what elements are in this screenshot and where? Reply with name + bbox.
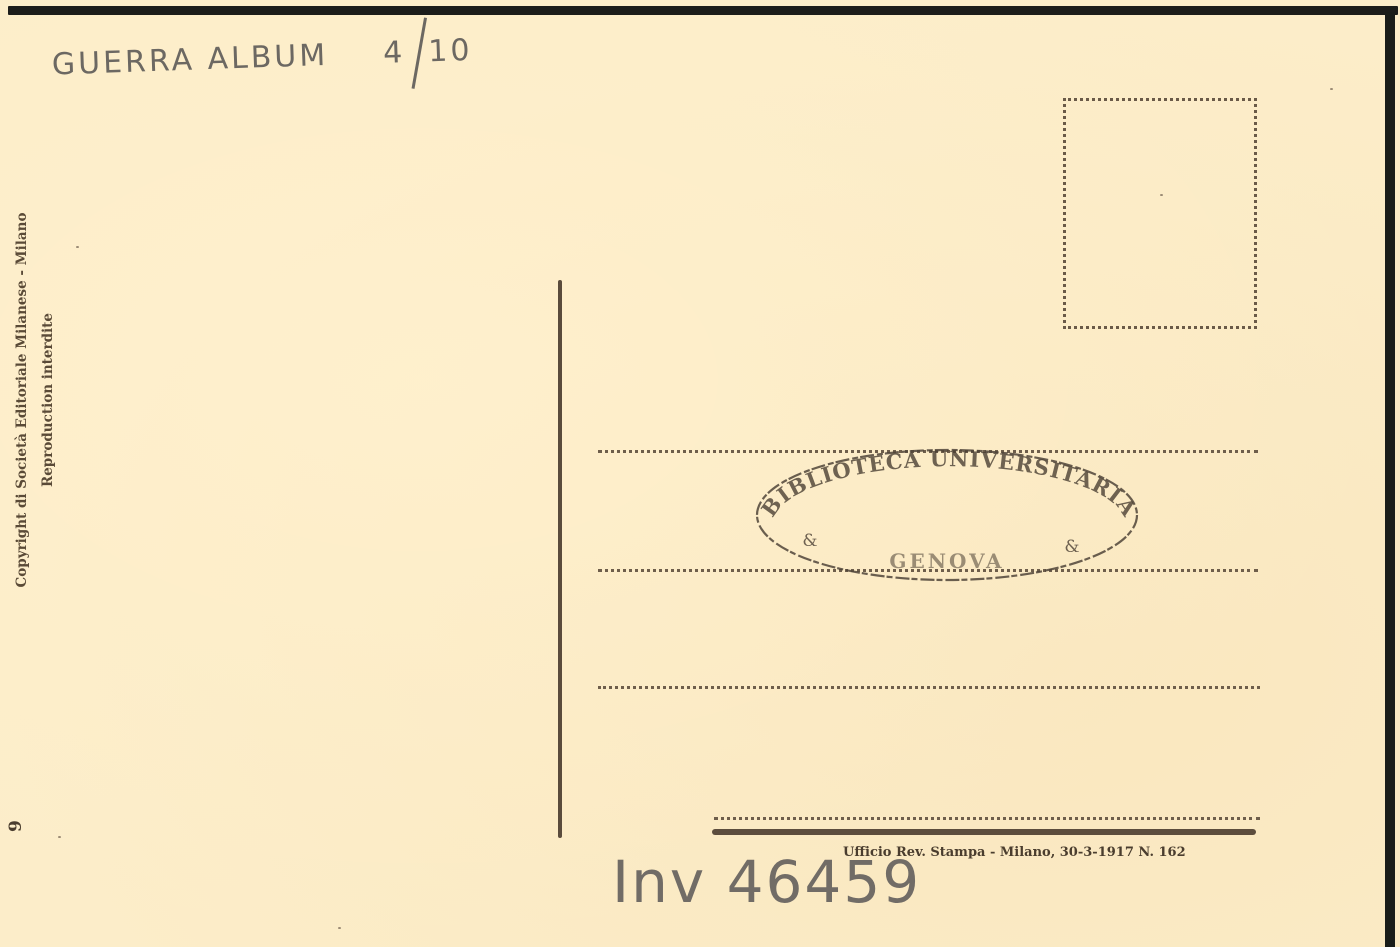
- reproduction-line: Reproduction interdite: [34, 175, 62, 625]
- handwritten-inventory-number: Inv 46459: [612, 848, 921, 916]
- album-total: 10: [428, 33, 473, 70]
- postcard-back: GUERRA ALBUM 410 Copyright di Società Ed…: [0, 0, 1400, 947]
- page-number: 9: [6, 820, 26, 832]
- stamp-ornament-right: &: [1064, 537, 1079, 557]
- album-volume: 4: [383, 35, 406, 71]
- copyright-notice: Copyright di Società Editoriale Milanese…: [8, 175, 62, 625]
- svg-text:BIBLIOTECA UNIVERSITARIA: BIBLIOTECA UNIVERSITARIA: [756, 446, 1142, 521]
- library-ownership-stamp: BIBLIOTECA UNIVERSITARIA GENOVA & &: [752, 446, 1142, 584]
- paper-speck: [58, 836, 61, 838]
- handwritten-album-title: GUERRA ALBUM 410: [51, 15, 474, 102]
- paper-speck: [76, 246, 79, 248]
- fraction-slash: [411, 17, 426, 88]
- paper-speck: [1160, 194, 1163, 196]
- address-underline: [712, 829, 1256, 835]
- address-line-4: [714, 817, 1260, 820]
- paper-speck: [338, 927, 341, 929]
- scan-top-border: [8, 6, 1398, 15]
- album-title-text: GUERRA ALBUM: [51, 38, 328, 83]
- message-address-divider: [558, 280, 562, 838]
- stamp-top-text: BIBLIOTECA UNIVERSITARIA: [756, 446, 1142, 521]
- paper-speck: [1330, 88, 1333, 90]
- address-line-3: [598, 686, 1260, 689]
- scan-right-border: [1385, 12, 1395, 947]
- copyright-line: Copyright di Società Editoriale Milanese…: [8, 175, 36, 625]
- stamp-ornament-left: &: [802, 531, 817, 551]
- stamp-bottom-text: GENOVA: [889, 549, 1004, 573]
- postage-stamp-box: [1063, 98, 1257, 329]
